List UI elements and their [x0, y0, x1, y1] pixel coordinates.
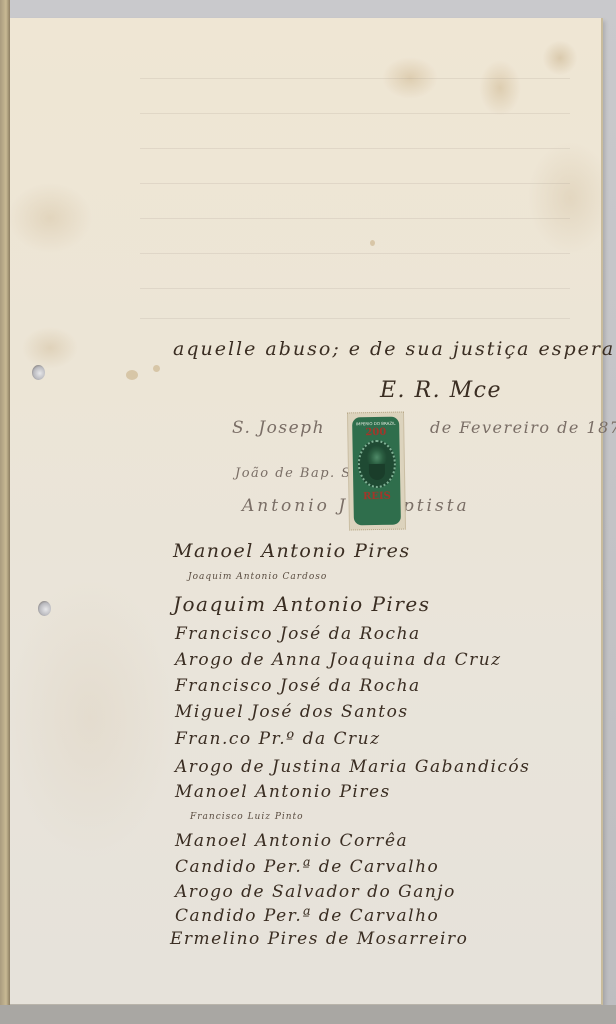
signature-line-small: Joaquim Antonio Cardoso [188, 572, 327, 582]
stamp-header: IMPERIO DO BRAZIL [356, 421, 396, 427]
closing-line: aquelle abuso; e de sua justiça esperaõ [173, 338, 616, 360]
punch-hole [38, 601, 51, 616]
signature-line: Ermelino Pires de Mosarreiro [170, 929, 468, 949]
bleed-through-line [140, 318, 570, 319]
signature-line: Joaquim Antonio Pires [173, 592, 430, 616]
emperor-portrait-icon [357, 440, 396, 489]
revenue-stamp: IMPERIO DO BRAZIL 200 REIS [347, 412, 406, 531]
stamp-value: 200 [365, 427, 386, 438]
manuscript-page: aquelle abuso; e de sua justiça esperaõ … [10, 18, 603, 1006]
signature-line: Manoel Antonio Pires [173, 540, 411, 562]
bleed-through-line [140, 253, 570, 254]
background-surface [0, 1005, 616, 1024]
bleed-through-line [140, 148, 570, 149]
stamp-frame: IMPERIO DO BRAZIL 200 REIS [352, 417, 401, 526]
binding-edge [0, 0, 10, 1024]
signature-line: Manoel Antonio Pires [175, 782, 391, 802]
signature-line: Arogo de Salvador do Ganjo [175, 882, 456, 902]
signature-line: Manoel Antonio Corrêa [175, 831, 408, 851]
place-name: S. Joseph [232, 418, 325, 438]
bleed-through-line [140, 218, 570, 219]
punch-hole [32, 365, 45, 380]
beard-shape [368, 464, 384, 480]
signature-line-small: Francisco Luiz Pinto [190, 812, 304, 822]
stain-spot [370, 240, 375, 246]
stain-spot [153, 365, 160, 372]
bleed-through-line [140, 113, 570, 114]
signature-line: Candido Per.ª de Carvalho [175, 906, 439, 926]
signature-line: Francisco José da Rocha [175, 624, 421, 644]
signature-line: Francisco José da Rocha [175, 676, 421, 696]
signature-line: Arogo de Justina Maria Gabandicós [175, 757, 530, 777]
signature-line: Candido Per.ª de Carvalho [175, 857, 439, 877]
signature-line: Fran.co Pr.º da Cruz [175, 729, 381, 749]
bleed-through-line [140, 183, 570, 184]
stamp-unit: REIS [363, 491, 391, 502]
closing-formula: E. R. Mce [380, 378, 502, 403]
signature-line: Miguel José dos Santos [175, 702, 409, 722]
stain-spot [126, 370, 138, 380]
bleed-through-line [140, 288, 570, 289]
signature-line: Arogo de Anna Joaquina da Cruz [175, 650, 502, 670]
bleed-through-line [140, 78, 570, 79]
date-line: de Fevereiro de 1876 [430, 418, 616, 437]
